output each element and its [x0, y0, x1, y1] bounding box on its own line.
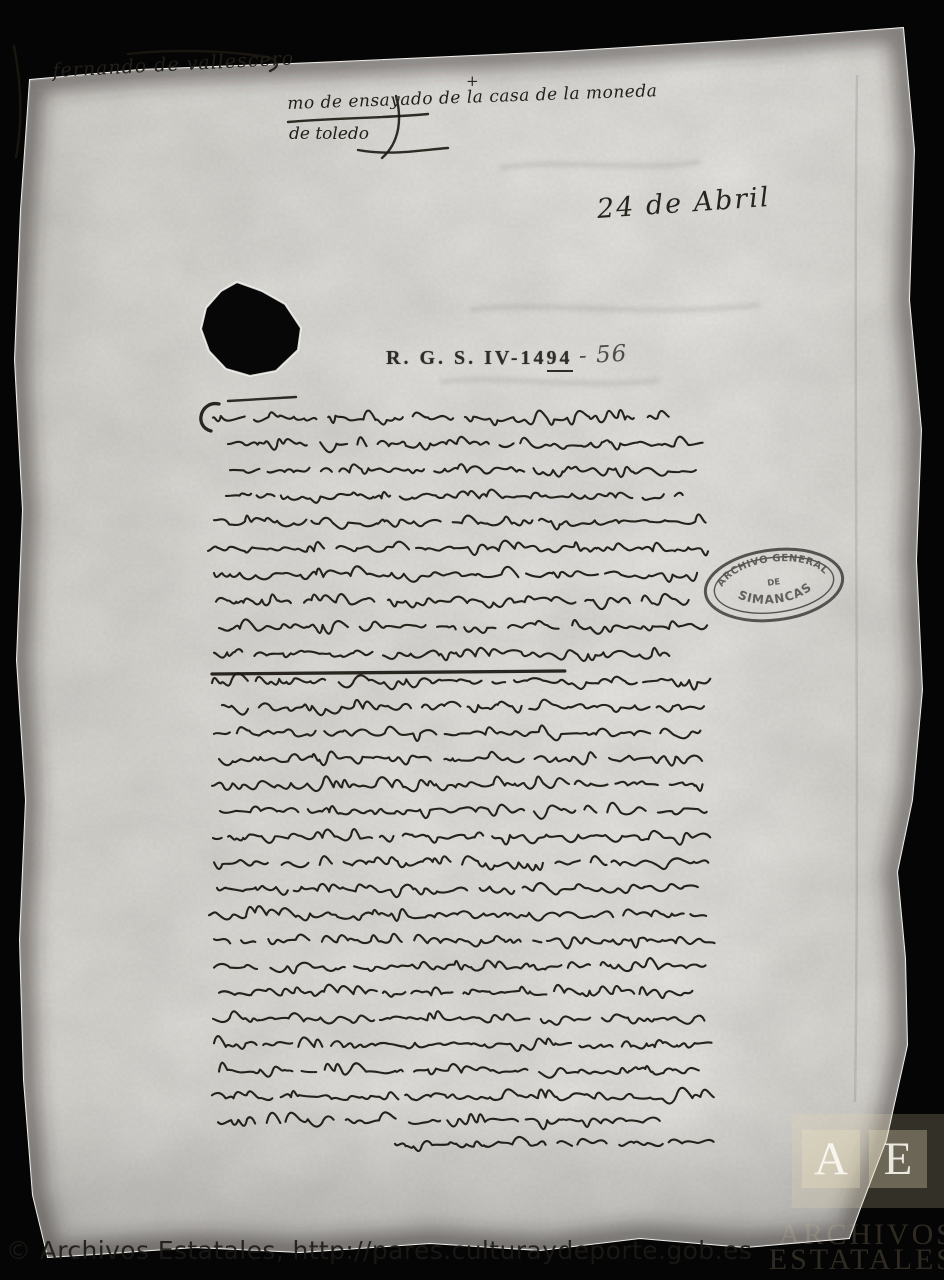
- oval-stamp-line2: DE: [767, 577, 781, 589]
- reference-stamp-text: R. G. S. IV-14: [386, 347, 547, 369]
- ae-logo-letter-e: E: [869, 1130, 927, 1188]
- watermark-corner-line2: ESTATALES: [769, 1247, 944, 1272]
- scanned-document: ARCHIVO GENERAL DE SIMANCAS fernando de …: [0, 0, 944, 1280]
- watermark-archivos-estatales: ARCHIVOS ESTATALES: [769, 1222, 944, 1272]
- reference-stamp-handwritten-suffix: - 56: [578, 341, 628, 369]
- paper-shading: [0, 0, 944, 1280]
- annotation-header-line2: de toledo: [289, 124, 369, 144]
- reference-stamp-underlined-digits: 94: [547, 347, 573, 372]
- reference-stamp: R. G. S. IV-1494- 56: [386, 344, 627, 370]
- cross-mark: +: [466, 72, 479, 90]
- ae-logo-letter-a: A: [802, 1130, 860, 1188]
- left-edge-ink-mark: [14, 46, 20, 157]
- archivos-estatales-logo: A E: [792, 1114, 944, 1208]
- paper-crease-line: [855, 75, 857, 1102]
- document-scan-art: ARCHIVO GENERAL DE SIMANCAS: [0, 0, 944, 1280]
- watermark-copyright: © Archivos Estatales, http://pares.cultu…: [6, 1236, 752, 1265]
